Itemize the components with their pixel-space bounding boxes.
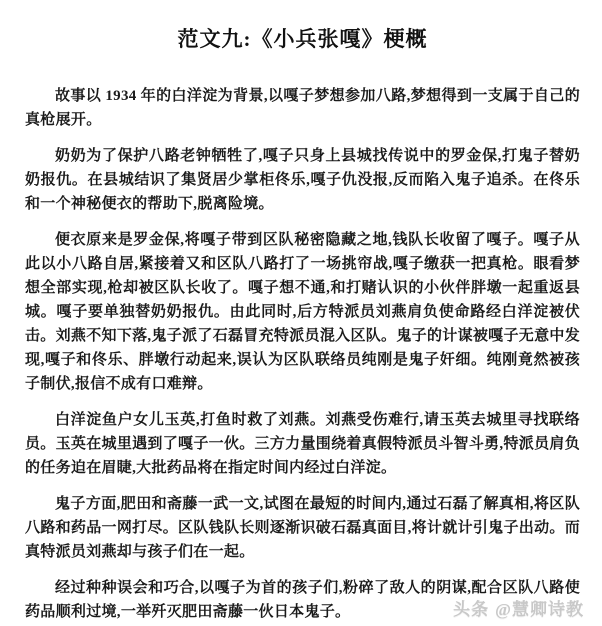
document-page: 范文九:《小兵张嘎》梗概 故事以 1934 年的白洋淀为背景,以嘎子梦想参加八路…: [0, 0, 602, 626]
paragraph-4: 白洋淀鱼户女儿玉英,打鱼时救了刘燕。刘燕受伤难行,请玉英去城里寻找联络员。玉英在…: [25, 408, 580, 480]
document-body: 故事以 1934 年的白洋淀为背景,以嘎子梦想参加八路,梦想得到一支属于自己的真…: [25, 84, 580, 624]
watermark-handle: @慧卿诗教: [495, 600, 584, 619]
toutiao-brand-label: 头条: [453, 600, 489, 619]
paragraph-1: 故事以 1934 年的白洋淀为背景,以嘎子梦想参加八路,梦想得到一支属于自己的真…: [25, 84, 580, 132]
page-title: 范文九:《小兵张嘎》梗概: [25, 24, 580, 54]
paragraph-2: 奶奶为了保护八路老钟牺牲了,嘎子只身上县城找传说中的罗金保,打鬼子替奶奶报仇。在…: [25, 144, 580, 216]
toutiao-watermark: 头条@慧卿诗教: [453, 600, 584, 620]
paragraph-5: 鬼子方面,肥田和斋藤一武一文,试图在最短的时间内,通过石磊了解真相,将区队八路和…: [25, 492, 580, 564]
paragraph-3: 便衣原来是罗金保,将嘎子带到区队秘密隐藏之地,钱队长收留了嘎子。嘎子从此以小八路…: [25, 228, 580, 396]
